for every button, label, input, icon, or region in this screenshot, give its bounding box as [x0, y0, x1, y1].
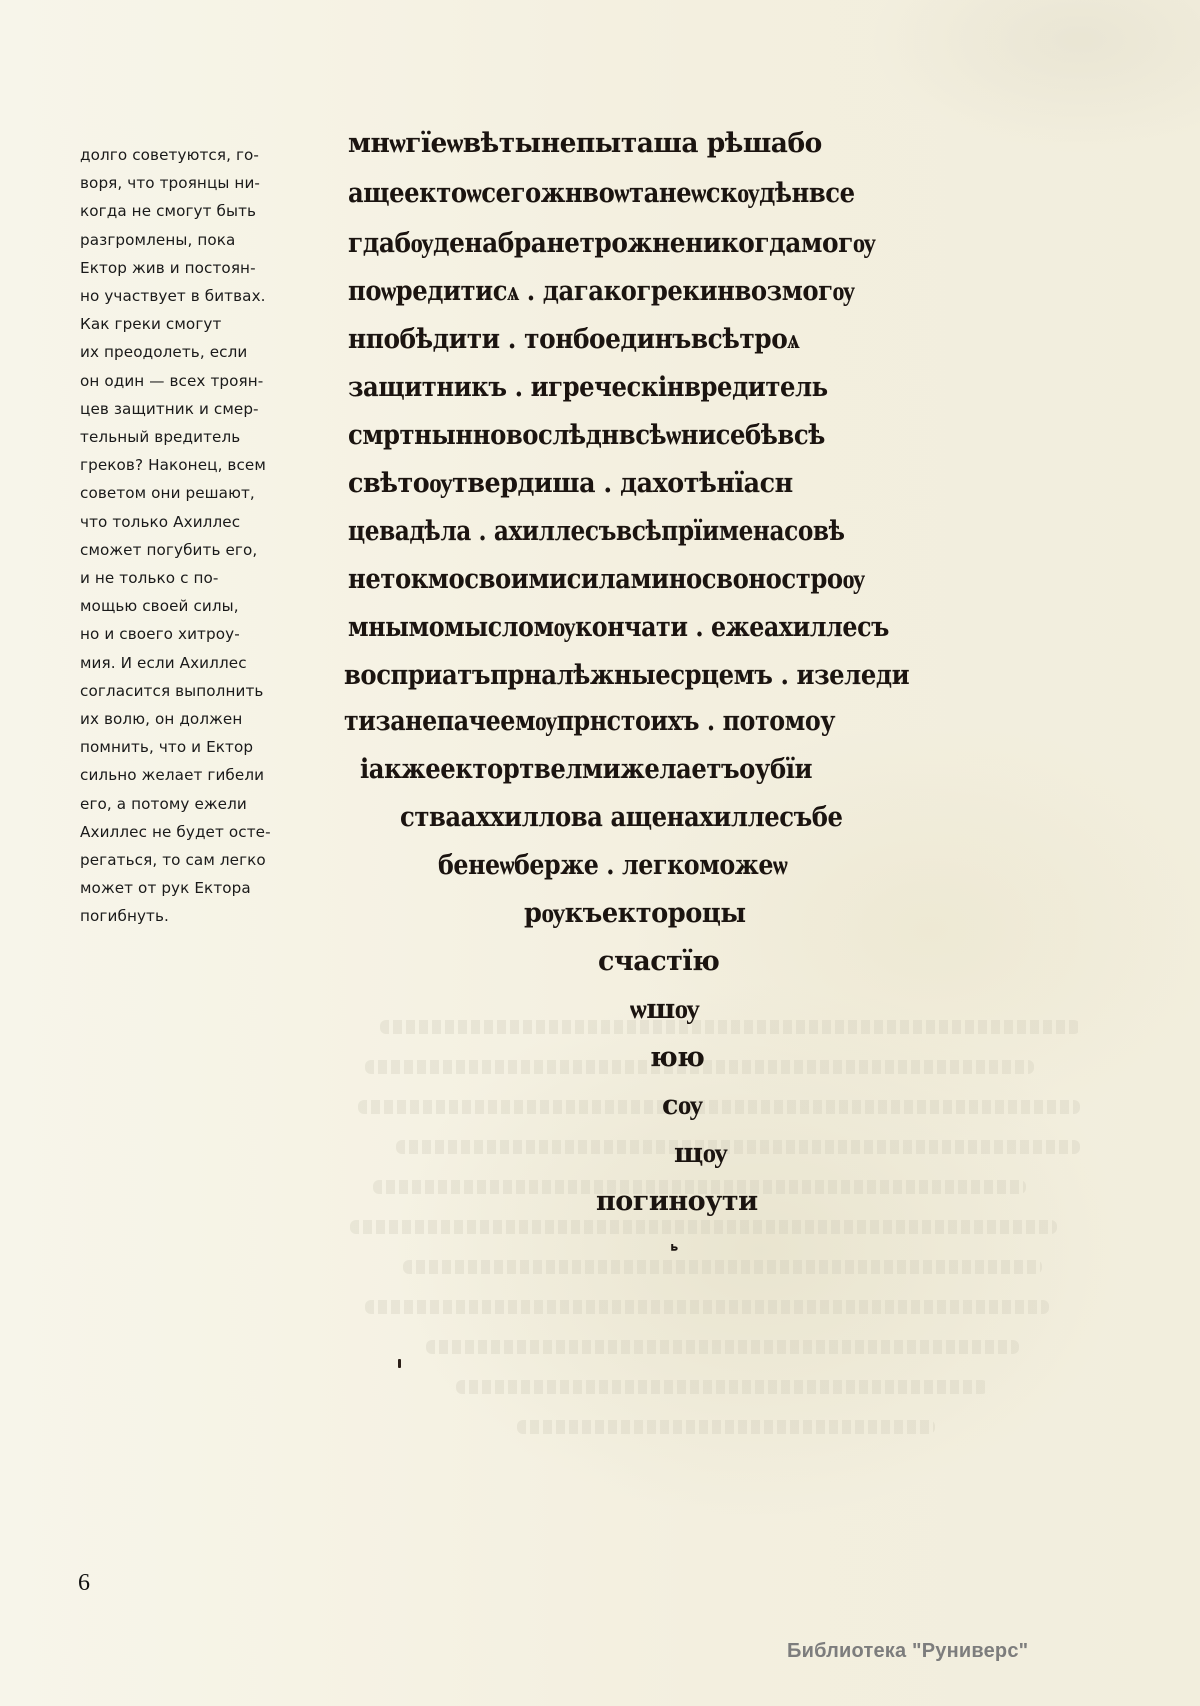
translation-line: Ахиллес не будет осте-	[80, 818, 290, 846]
translation-line: регаться, то сам легко	[80, 846, 290, 874]
translation-line: сможет погубить его,	[80, 536, 290, 564]
manuscript-line: тизанепачеемѹпрнстоихъ . потомоу	[344, 706, 835, 737]
manuscript-line: поѡредитисѧ . дагакогрекинвозмогѹ	[348, 276, 854, 307]
manuscript-line: цевадѣла . ахиллесъвсѣпрїименасовѣ	[348, 516, 844, 547]
translation-line: когда не смогут быть	[80, 197, 290, 225]
translation-line: мия. И если Ахиллес	[80, 649, 290, 677]
footer-library-credit: Библиотека "Руниверс"	[787, 1640, 1028, 1663]
manuscript-line: защитникъ . игреческінвредитель	[348, 372, 828, 403]
translation-line: он один — всех троян-	[80, 367, 290, 395]
manuscript-page: долго советуются, го- воря, что троянцы …	[0, 0, 1200, 1706]
translation-line: и не только с по-	[80, 564, 290, 592]
manuscript-line: бенеѡберже . легкоможеѡ	[438, 850, 787, 881]
translation-line: цев защитник и смер-	[80, 395, 290, 423]
manuscript-line: ащеектоѡсегожнвоѡтанеѡскѹдѣнвсе	[348, 178, 855, 209]
manuscript-line: нетокмосвоимисиламиносвоностроѹ	[348, 564, 865, 595]
manuscript-line: мнымомысломѹкончати . ежеахиллесъ	[348, 612, 889, 643]
manuscript-line: юю	[650, 1042, 704, 1073]
manuscript-line: ѡшѹ	[630, 994, 699, 1025]
manuscript-line: восприатъпрналѣжныесрцемъ . изеледи	[344, 660, 909, 691]
manuscript-line: свѣтоѹтвердиша . дахотѣнїасн	[348, 468, 793, 499]
translation-line: помнить, что и Ектор	[80, 733, 290, 761]
manuscript-line: сѹ	[662, 1090, 702, 1121]
translation-line: может от рук Ектора	[80, 874, 290, 902]
manuscript-line: нпобѣдити . тонбоединъвсѣтроѧ	[348, 324, 799, 355]
translation-line: советом они решают,	[80, 479, 290, 507]
page-number: 6	[78, 1570, 90, 1597]
manuscript-line: счастїю	[598, 946, 719, 977]
translation-line: Как греки смогут	[80, 310, 290, 338]
translation-line: но участвует в битвах.	[80, 282, 290, 310]
translation-line: его, а потому ежели	[80, 790, 290, 818]
reverse-side-show-through	[350, 1020, 1110, 1540]
translation-line: Ектор жив и постоян-	[80, 254, 290, 282]
translation-line: сильно желает гибели	[80, 761, 290, 789]
manuscript-line: смртнынновослѣднвсѣѡнисебѣвсѣ	[348, 420, 825, 451]
manuscript-line: ствааххиллова ащенахиллесъбе	[400, 802, 843, 833]
manuscript-line: іакжеектортвелмижелаетъоубїи	[360, 754, 812, 785]
translation-line: погибнуть.	[80, 902, 290, 930]
manuscript-line: погиноути	[596, 1186, 758, 1217]
translation-line: долго советуются, го-	[80, 141, 290, 169]
translation-line: их волю, он должен	[80, 705, 290, 733]
translation-line: их преодолеть, если	[80, 338, 290, 366]
translation-line: тельный вредитель	[80, 423, 290, 451]
manuscript-line: рѹкъектороцы	[524, 898, 746, 929]
manuscript-line: щѹ	[674, 1138, 727, 1169]
ink-speck	[398, 1359, 401, 1368]
translation-line: разгромлены, пока	[80, 226, 290, 254]
manuscript-line: гдабѹденабранетрожненикогдамогѹ	[348, 228, 875, 259]
translation-column: долго советуются, го- воря, что троянцы …	[80, 141, 290, 931]
translation-line: согласится выполнить	[80, 677, 290, 705]
translation-line: что только Ахиллес	[80, 508, 290, 536]
translation-line: воря, что троянцы ни-	[80, 169, 290, 197]
manuscript-line: мнѡгїеѡвѣтынепыташа рѣшабо	[348, 128, 822, 159]
translation-line: греков? Наконец, всем	[80, 451, 290, 479]
translation-line: мощью своей силы,	[80, 592, 290, 620]
translation-line: но и своего хитроу-	[80, 620, 290, 648]
